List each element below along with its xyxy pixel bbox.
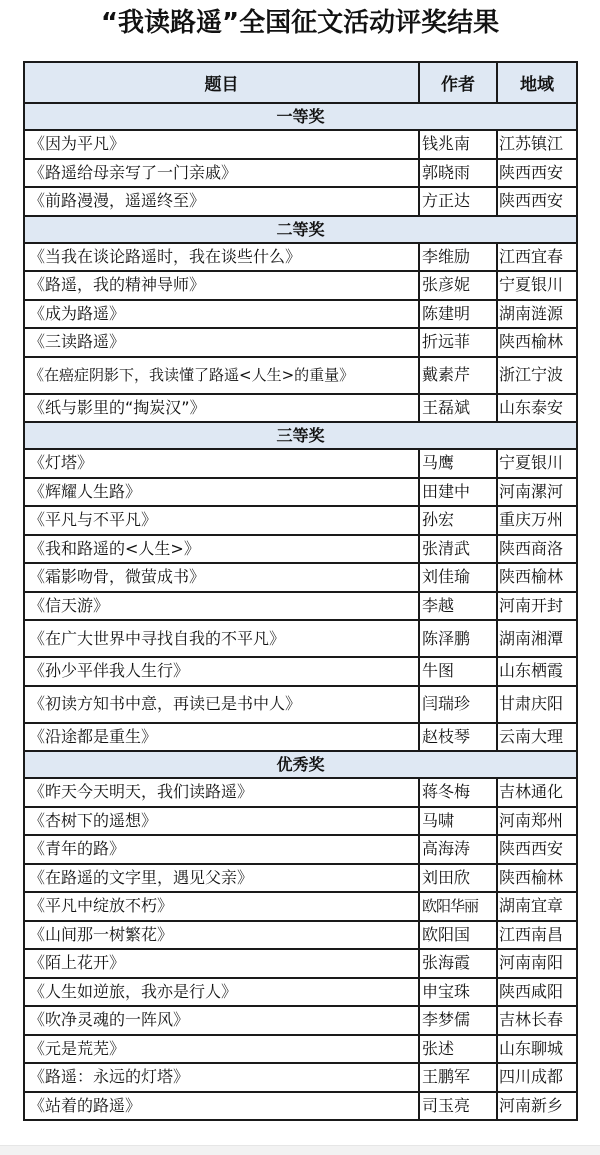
table-row: 《在癌症阴影下，我读懂了路遥<人生>的重量》戴素芹浙江宁波 — [24, 357, 577, 394]
column-header-region: 地域 — [497, 62, 577, 103]
author-name: 张彦妮 — [419, 271, 497, 300]
region: 吉林通化 — [497, 778, 577, 807]
work-title: 《路遥，我的精神导师》 — [24, 271, 419, 300]
region: 河南开封 — [497, 592, 577, 621]
table-row: 《灯塔》马鹰宁夏银川 — [24, 449, 577, 478]
region: 浙江宁波 — [497, 357, 577, 394]
author-name: 陈建明 — [419, 300, 497, 329]
table-row: 《路遥，我的精神导师》张彦妮宁夏银川 — [24, 271, 577, 300]
author-name: 赵枝琴 — [419, 723, 497, 752]
work-title: 《杏树下的遥想》 — [24, 807, 419, 836]
region: 湖南涟源 — [497, 300, 577, 329]
column-header-title: 题目 — [24, 62, 419, 103]
region: 陕西咸阳 — [497, 978, 577, 1007]
table-row: 《沿途都是重生》赵枝琴云南大理 — [24, 723, 577, 752]
author-name: 王磊斌 — [419, 394, 497, 423]
region: 湖南湘潭 — [497, 620, 577, 657]
work-title: 《霜影吻骨，微萤成书》 — [24, 563, 419, 592]
section-label: 二等奖 — [24, 216, 577, 243]
table-row: 《青年的路》高海涛陕西西安 — [24, 835, 577, 864]
table-row: 《我和路遥的<人生>》张清武陕西商洛 — [24, 535, 577, 564]
section-header-second-prize: 二等奖 — [24, 216, 577, 243]
region: 陕西西安 — [497, 159, 577, 188]
author-name: 牛图 — [419, 657, 497, 686]
region: 云南大理 — [497, 723, 577, 752]
region: 吉林长春 — [497, 1006, 577, 1035]
author-name: 戴素芹 — [419, 357, 497, 394]
region: 湖南宜章 — [497, 892, 577, 921]
region: 山东栖霞 — [497, 657, 577, 686]
work-title: 《信天游》 — [24, 592, 419, 621]
work-title: 《当我在谈论路遥时，我在谈些什么》 — [24, 243, 419, 272]
work-title: 《前路漫漫，遥遥终至》 — [24, 187, 419, 216]
author-name: 高海涛 — [419, 835, 497, 864]
author-name: 马鹰 — [419, 449, 497, 478]
author-name: 李越 — [419, 592, 497, 621]
author-name: 王鹏军 — [419, 1063, 497, 1092]
table-row: 《路遥给母亲写了一门亲戚》郭晓雨陕西西安 — [24, 159, 577, 188]
region: 陕西榆林 — [497, 864, 577, 893]
table-row: 《在广大世界中寻找自我的不平凡》陈泽鹏湖南湘潭 — [24, 620, 577, 657]
table-row: 《三读路遥》折远菲陕西榆林 — [24, 328, 577, 357]
column-header-author: 作者 — [419, 62, 497, 103]
work-title: 《青年的路》 — [24, 835, 419, 864]
work-title: 《在路遥的文字里，遇见父亲》 — [24, 864, 419, 893]
author-name: 郭晓雨 — [419, 159, 497, 188]
author-name: 申宝珠 — [419, 978, 497, 1007]
table-row: 《孙少平伴我人生行》牛图山东栖霞 — [24, 657, 577, 686]
work-title: 《站着的路遥》 — [24, 1092, 419, 1121]
region: 河南新乡 — [497, 1092, 577, 1121]
author-name: 方正达 — [419, 187, 497, 216]
author-name: 马啸 — [419, 807, 497, 836]
region: 江西宜春 — [497, 243, 577, 272]
work-title: 《吹净灵魂的一阵风》 — [24, 1006, 419, 1035]
region: 山东泰安 — [497, 394, 577, 423]
footer-strip — [0, 1145, 600, 1155]
region: 重庆万州 — [497, 506, 577, 535]
work-title: 《沿途都是重生》 — [24, 723, 419, 752]
work-title: 《路遥给母亲写了一门亲戚》 — [24, 159, 419, 188]
author-name: 张海霞 — [419, 949, 497, 978]
region: 江苏镇江 — [497, 130, 577, 159]
region: 宁夏银川 — [497, 449, 577, 478]
section-label: 优秀奖 — [24, 751, 577, 778]
region: 陕西西安 — [497, 187, 577, 216]
table-row: 《吹净灵魂的一阵风》李梦儒吉林长春 — [24, 1006, 577, 1035]
region: 河南漯河 — [497, 478, 577, 507]
author-name: 陈泽鹏 — [419, 620, 497, 657]
region: 甘肃庆阳 — [497, 686, 577, 723]
work-title: 《山间那一树繁花》 — [24, 921, 419, 950]
author-name: 欧阳华丽 — [419, 892, 497, 921]
region: 江西南昌 — [497, 921, 577, 950]
page-title: “我读路遥”全国征文活动评奖结果 — [0, 6, 600, 40]
table-row: 《站着的路遥》司玉亮河南新乡 — [24, 1092, 577, 1121]
region: 四川成都 — [497, 1063, 577, 1092]
author-name: 刘田欣 — [419, 864, 497, 893]
work-title: 《三读路遥》 — [24, 328, 419, 357]
table-row: 《霜影吻骨，微萤成书》刘佳瑜陕西榆林 — [24, 563, 577, 592]
work-title: 《孙少平伴我人生行》 — [24, 657, 419, 686]
author-name: 蒋冬梅 — [419, 778, 497, 807]
region: 陕西西安 — [497, 835, 577, 864]
work-title: 《初读方知书中意，再读已是书中人》 — [24, 686, 419, 723]
author-name: 孙宏 — [419, 506, 497, 535]
region: 陕西商洛 — [497, 535, 577, 564]
author-name: 钱兆南 — [419, 130, 497, 159]
author-name: 欧阳国 — [419, 921, 497, 950]
work-title: 《元是荒芜》 — [24, 1035, 419, 1064]
author-name: 李维励 — [419, 243, 497, 272]
table-header-row: 题目 作者 地域 — [24, 62, 577, 103]
work-title: 《在广大世界中寻找自我的不平凡》 — [24, 620, 419, 657]
section-header-third-prize: 三等奖 — [24, 422, 577, 449]
table-row: 《昨天今天明天，我们读路遥》蒋冬梅吉林通化 — [24, 778, 577, 807]
work-title: 《灯塔》 — [24, 449, 419, 478]
table-row: 《因为平凡》钱兆南江苏镇江 — [24, 130, 577, 159]
work-title: 《辉耀人生路》 — [24, 478, 419, 507]
table-row: 《平凡中绽放不朽》欧阳华丽湖南宜章 — [24, 892, 577, 921]
region: 河南郑州 — [497, 807, 577, 836]
author-name: 李梦儒 — [419, 1006, 497, 1035]
awards-table: 题目 作者 地域 一等奖 《因为平凡》钱兆南江苏镇江 《路遥给母亲写了一门亲戚》… — [23, 61, 578, 1121]
region: 山东聊城 — [497, 1035, 577, 1064]
work-title: 《人生如逆旅，我亦是行人》 — [24, 978, 419, 1007]
work-title: 《陌上花开》 — [24, 949, 419, 978]
work-title: 《在癌症阴影下，我读懂了路遥<人生>的重量》 — [24, 357, 419, 394]
table-row: 《人生如逆旅，我亦是行人》申宝珠陕西咸阳 — [24, 978, 577, 1007]
table-row: 《元是荒芜》张述山东聊城 — [24, 1035, 577, 1064]
work-title: 《我和路遥的<人生>》 — [24, 535, 419, 564]
table-row: 《陌上花开》张海霞河南南阳 — [24, 949, 577, 978]
author-name: 张述 — [419, 1035, 497, 1064]
table-row: 《平凡与不平凡》孙宏重庆万州 — [24, 506, 577, 535]
work-title: 《成为路遥》 — [24, 300, 419, 329]
table-row: 《当我在谈论路遥时，我在谈些什么》李维励江西宜春 — [24, 243, 577, 272]
table-row: 《纸与影里的“掏炭汉”》王磊斌山东泰安 — [24, 394, 577, 423]
table-row: 《杏树下的遥想》马啸河南郑州 — [24, 807, 577, 836]
work-title: 《平凡中绽放不朽》 — [24, 892, 419, 921]
table-row: 《辉耀人生路》田建中河南漯河 — [24, 478, 577, 507]
work-title: 《纸与影里的“掏炭汉”》 — [24, 394, 419, 423]
table-row: 《在路遥的文字里，遇见父亲》刘田欣陕西榆林 — [24, 864, 577, 893]
section-header-first-prize: 一等奖 — [24, 103, 577, 130]
author-name: 折远菲 — [419, 328, 497, 357]
author-name: 闫瑞珍 — [419, 686, 497, 723]
author-name: 刘佳瑜 — [419, 563, 497, 592]
section-label: 一等奖 — [24, 103, 577, 130]
region: 宁夏银川 — [497, 271, 577, 300]
author-name: 司玉亮 — [419, 1092, 497, 1121]
work-title: 《昨天今天明天，我们读路遥》 — [24, 778, 419, 807]
table-row: 《路遥：永远的灯塔》王鹏军四川成都 — [24, 1063, 577, 1092]
work-title: 《因为平凡》 — [24, 130, 419, 159]
section-label: 三等奖 — [24, 422, 577, 449]
author-name: 张清武 — [419, 535, 497, 564]
region: 陕西榆林 — [497, 563, 577, 592]
table-row: 《前路漫漫，遥遥终至》方正达陕西西安 — [24, 187, 577, 216]
region: 河南南阳 — [497, 949, 577, 978]
table-row: 《初读方知书中意，再读已是书中人》闫瑞珍甘肃庆阳 — [24, 686, 577, 723]
table-row: 《信天游》李越河南开封 — [24, 592, 577, 621]
work-title: 《路遥：永远的灯塔》 — [24, 1063, 419, 1092]
work-title: 《平凡与不平凡》 — [24, 506, 419, 535]
author-name: 田建中 — [419, 478, 497, 507]
table-row: 《成为路遥》陈建明湖南涟源 — [24, 300, 577, 329]
section-header-excellence-prize: 优秀奖 — [24, 751, 577, 778]
table-row: 《山间那一树繁花》欧阳国江西南昌 — [24, 921, 577, 950]
region: 陕西榆林 — [497, 328, 577, 357]
